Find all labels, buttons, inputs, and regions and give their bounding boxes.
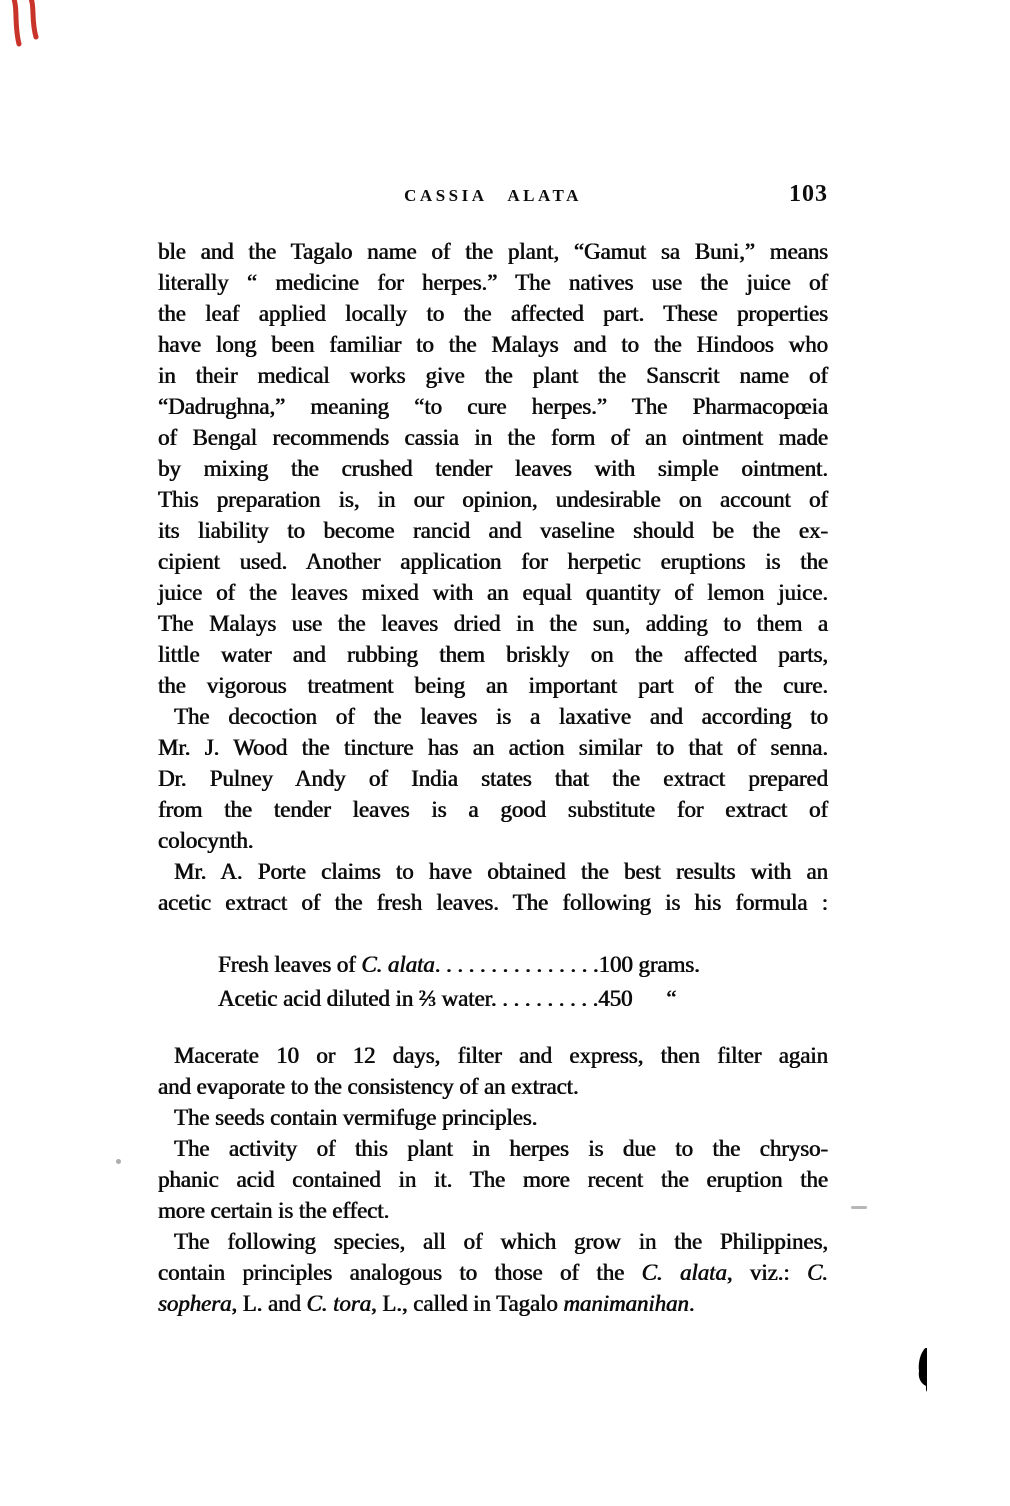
- text-line: Mr. A. Porte claims to have obtained the…: [158, 856, 828, 887]
- paragraph: The decoction of the leaves is a laxativ…: [158, 701, 828, 856]
- text-line: more certain is the effect.: [158, 1195, 828, 1226]
- text-line: The decoction of the leaves is a laxativ…: [158, 701, 828, 732]
- paragraph: The following species, all of which grow…: [158, 1226, 828, 1319]
- text-line: contain principles analogous to those of…: [158, 1257, 828, 1288]
- text-line: and evaporate to the consistency of an e…: [158, 1071, 828, 1102]
- text-line: The Malays use the leaves dried in the s…: [158, 608, 828, 639]
- paragraph: The activity of this plant in herpes is …: [158, 1133, 828, 1226]
- red-pen-marks: [5, 0, 49, 52]
- paragraph: The seeds contain vermifuge principles.: [158, 1102, 828, 1133]
- text-line: phanic acid contained in it. The more re…: [158, 1164, 828, 1195]
- text-line: little water and rubbing them briskly on…: [158, 639, 828, 670]
- text-line: from the tender leaves is a good substit…: [158, 794, 828, 825]
- formula-line: Acetic acid diluted in ⅔ water. . . . . …: [218, 982, 828, 1016]
- text-line: its liability to become rancid and vasel…: [158, 515, 828, 546]
- ink-blot: [915, 1346, 929, 1394]
- paragraph: ble and the Tagalo name of the plant, “G…: [158, 236, 828, 701]
- margin-speck-left: [116, 1159, 121, 1164]
- text-line: acetic extract of the fresh leaves. The …: [158, 887, 828, 918]
- margin-dash-right: [851, 1206, 867, 1209]
- text-line: This preparation is, in our opinion, und…: [158, 484, 828, 515]
- running-head: CASSIA ALATA 103: [158, 184, 828, 210]
- text-line: colocynth.: [158, 825, 828, 856]
- text-line: literally “ medicine for herpes.” The na…: [158, 267, 828, 298]
- formula-line: Fresh leaves of C. alata. . . . . . . . …: [218, 948, 828, 982]
- text-column: ble and the Tagalo name of the plant, “G…: [158, 236, 828, 1319]
- text-line: in their medical works give the plant th…: [158, 360, 828, 391]
- text-line: Macerate 10 or 12 days, filter and expre…: [158, 1040, 828, 1071]
- page-number: 103: [789, 181, 828, 208]
- text-line: the leaf applied locally to the affected…: [158, 298, 828, 329]
- text-line: “Dadrughna,” meaning “to cure herpes.” T…: [158, 391, 828, 422]
- text-line: The activity of this plant in herpes is …: [158, 1133, 828, 1164]
- paragraph: Mr. A. Porte claims to have obtained the…: [158, 856, 828, 918]
- text-line: juice of the leaves mixed with an equal …: [158, 577, 828, 608]
- text-line: of Bengal recommends cassia in the form …: [158, 422, 828, 453]
- text-line: cipient used. Another application for he…: [158, 546, 828, 577]
- paragraph: Macerate 10 or 12 days, filter and expre…: [158, 1040, 828, 1102]
- text-line: the vigorous treatment being an importan…: [158, 670, 828, 701]
- text-line: have long been familiar to the Malays an…: [158, 329, 828, 360]
- text-line: sophera, L. and C. tora, L., called in T…: [158, 1288, 828, 1319]
- text-line: The seeds contain vermifuge principles.: [158, 1102, 828, 1133]
- text-line: Mr. J. Wood the tincture has an action s…: [158, 732, 828, 763]
- text-line: by mixing the crushed tender leaves with…: [158, 453, 828, 484]
- page-title: CASSIA ALATA: [158, 186, 828, 206]
- text-line: Dr. Pulney Andy of India states that the…: [158, 763, 828, 794]
- book-page: CASSIA ALATA 103 ble and the Tagalo name…: [0, 0, 1010, 1506]
- text-line: ble and the Tagalo name of the plant, “G…: [158, 236, 828, 267]
- text-line: The following species, all of which grow…: [158, 1226, 828, 1257]
- formula-block: Fresh leaves of C. alata. . . . . . . . …: [218, 948, 828, 1016]
